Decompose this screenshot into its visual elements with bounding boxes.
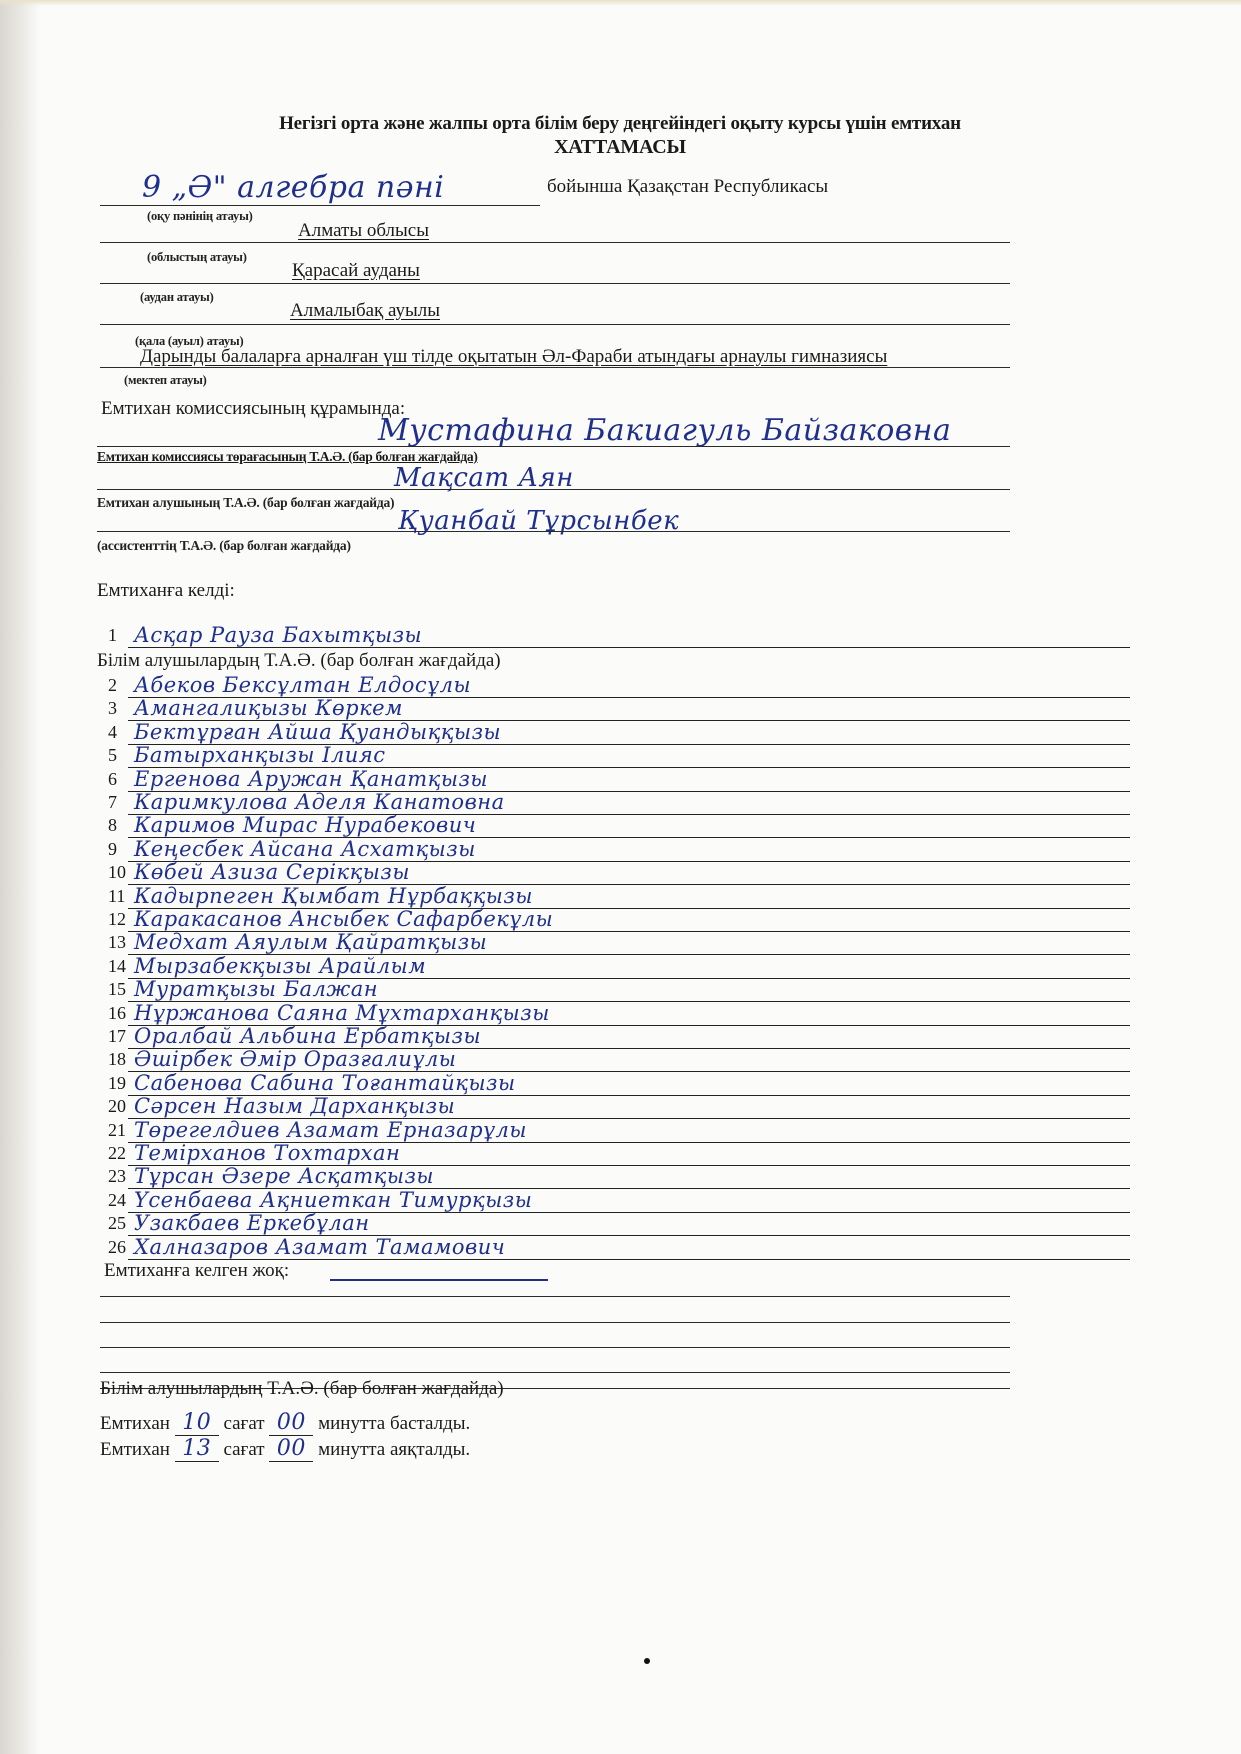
student-name: Халназаров Азамат Тамамович xyxy=(134,1235,1156,1261)
settlement-value: Алмалыбақ ауылы xyxy=(290,300,440,322)
student-row: 4Бектұрған Айша Қуандыққызы xyxy=(108,719,1130,745)
student-row: 13Медхат Аяулым Қайратқызы xyxy=(108,929,1130,955)
subject-caption: (оқу пәнінің атауы) xyxy=(147,209,253,224)
region-value: Алматы облысы xyxy=(298,220,429,242)
student-row: 7Каримкулова Аделя Канатовна xyxy=(108,789,1130,815)
examiner-caption: Емтихан алушының Т.А.Ә. (бар болған жағд… xyxy=(97,495,394,511)
student-row: 10Көбей Азиза Серікқызы xyxy=(108,859,1130,885)
subject-line xyxy=(100,205,540,206)
region-line xyxy=(100,242,1010,243)
assistant-line xyxy=(97,531,1010,532)
absent-blank-handwritten-dash xyxy=(330,1279,548,1281)
exam-end-hours: 13 xyxy=(175,1436,219,1462)
student-number: 11 xyxy=(108,886,125,907)
commission-chair-value: Мустафина Бакиагуль Байзаковна xyxy=(378,413,951,448)
student-number: 21 xyxy=(108,1120,126,1141)
subject-suffix: бойынша Қазақстан Республикасы xyxy=(547,176,828,198)
exam-start-prefix: Емтихан xyxy=(100,1413,170,1434)
student-number: 17 xyxy=(108,1026,126,1047)
student-number: 8 xyxy=(108,815,117,836)
attended-students-caption: Білім алушылардың Т.А.Ә. (бар болған жағ… xyxy=(97,650,501,672)
district-line xyxy=(100,283,1010,284)
region-caption: (облыстың атауы) xyxy=(147,250,247,265)
exam-end-hours-label: сағат xyxy=(223,1439,264,1460)
exam-start-row: Емтихан 10 сағат 00 минутта басталды. xyxy=(100,1410,470,1436)
student-row: 8Каримов Мирас Нурабекович xyxy=(108,812,1130,838)
student-number: 7 xyxy=(108,792,117,813)
commission-heading: Емтихан комиссиясының құрамында: xyxy=(101,398,405,420)
student-row: 11Кадырпеген Қымбат Нұрбаққызы xyxy=(108,883,1130,909)
student-row: 17Оралбай Альбина Ербатқызы xyxy=(108,1023,1130,1049)
student-row: 22Темірханов Тохтархан xyxy=(108,1140,1130,1166)
student-number: 18 xyxy=(108,1049,126,1070)
exam-end-minutes: 00 xyxy=(269,1436,313,1462)
student-row: 14Мырзабекқызы Арайлым xyxy=(108,953,1130,979)
ink-speck xyxy=(644,1658,650,1664)
student-row: 15Муратқызы Балжан xyxy=(108,976,1130,1002)
school-value: Дарынды балаларға арналған үш тілде оқыт… xyxy=(140,346,887,368)
exam-start-hours-label: сағат xyxy=(223,1413,264,1434)
absent-line-2 xyxy=(100,1322,1010,1323)
exam-start-suffix: минутта басталды. xyxy=(318,1413,470,1434)
exam-start-minutes: 00 xyxy=(269,1410,313,1436)
student-row: 16Нұржанова Саяна Мұхтарханқызы xyxy=(108,1000,1130,1026)
absent-students-caption: Білім алушылардың Т.А.Ә. (бар болған жағ… xyxy=(100,1378,504,1400)
student-row: 9Кеңесбек Айсана Асхатқызы xyxy=(108,836,1130,862)
school-caption: (мектеп атауы) xyxy=(124,373,207,388)
student-row: 19Сабенова Сабина Тоғантайқызы xyxy=(108,1070,1130,1096)
document-title-protocol: ХАТТАМАСЫ xyxy=(150,136,1090,159)
student-row: 1Асқар Рауза Бахытқызы xyxy=(108,622,1130,648)
student-row: 20Сәрсен Назым Дарханқызы xyxy=(108,1093,1130,1119)
student-row: 18Әшірбек Әмір Оразғалиұлы xyxy=(108,1046,1130,1072)
district-caption: (аудан атауы) xyxy=(140,290,214,305)
absent-line-4 xyxy=(100,1372,1010,1373)
student-number: 12 xyxy=(108,909,126,930)
student-row: 2Абеков Бексұлтан Елдосұлы xyxy=(108,672,1130,698)
student-number: 23 xyxy=(108,1166,126,1187)
absent-heading: Емтиханға келген жоқ: xyxy=(104,1260,289,1282)
subject-value: 9 „Ә" алгебра пәні xyxy=(142,170,444,205)
student-row: 26Халназаров Азамат Тамамович xyxy=(108,1234,1130,1260)
student-number: 4 xyxy=(108,722,117,743)
student-number: 10 xyxy=(108,862,126,883)
student-row: 5Батырханқызы Ілияс xyxy=(108,742,1130,768)
student-number: 2 xyxy=(108,675,117,696)
attended-heading: Емтиханға келді: xyxy=(97,580,235,602)
assistant-caption: (ассистенттің Т.А.Ә. (бар болған жағдайд… xyxy=(97,538,351,554)
school-line xyxy=(100,367,1010,368)
exam-end-row: Емтихан 13 сағат 00 минутта аяқталды. xyxy=(100,1436,470,1462)
student-number: 24 xyxy=(108,1190,126,1211)
student-number: 14 xyxy=(108,956,126,977)
settlement-line xyxy=(100,324,1010,325)
student-number: 5 xyxy=(108,745,117,766)
student-row: 23Тұрсан Әзере Асқатқызы xyxy=(108,1163,1130,1189)
student-number: 1 xyxy=(108,625,117,646)
student-number: 15 xyxy=(108,979,126,1000)
commission-chair-line xyxy=(97,446,1010,447)
student-number: 20 xyxy=(108,1096,126,1117)
student-row: 21Төрегелдиев Азамат Ерназарұлы xyxy=(108,1117,1130,1143)
student-row: 3Амангалиқызы Көркем xyxy=(108,695,1130,721)
exam-start-hours: 10 xyxy=(175,1410,219,1436)
student-number: 9 xyxy=(108,839,117,860)
student-number: 6 xyxy=(108,769,117,790)
scan-top-edge xyxy=(0,0,1241,6)
student-number: 16 xyxy=(108,1003,126,1024)
student-number: 3 xyxy=(108,698,117,719)
student-row: 24Үсенбаева Ақниеткан Тимурқызы xyxy=(108,1187,1130,1213)
exam-end-prefix: Емтихан xyxy=(100,1439,170,1460)
student-number: 19 xyxy=(108,1073,126,1094)
student-number: 25 xyxy=(108,1213,126,1234)
absent-line-3 xyxy=(100,1347,1010,1348)
examiner-line xyxy=(97,489,1010,490)
student-row: 6Ергенова Аружан Қанатқызы xyxy=(108,766,1130,792)
document-title: Негізгі орта және жалпы орта білім беру … xyxy=(150,113,1090,135)
district-value: Қарасай ауданы xyxy=(292,260,420,282)
student-number: 13 xyxy=(108,932,126,953)
student-name: Асқар Рауза Бахытқызы xyxy=(134,623,1156,649)
student-number: 26 xyxy=(108,1237,126,1258)
exam-end-suffix: минутта аяқталды. xyxy=(318,1439,470,1460)
student-row: 25Узакбаев Еркебұлан xyxy=(108,1210,1130,1236)
student-row: 12Каракасанов Ансыбек Сафарбекұлы xyxy=(108,906,1130,932)
absent-line-1 xyxy=(100,1296,1010,1297)
student-number: 22 xyxy=(108,1143,126,1164)
scan-edge-shadow xyxy=(0,0,40,1754)
